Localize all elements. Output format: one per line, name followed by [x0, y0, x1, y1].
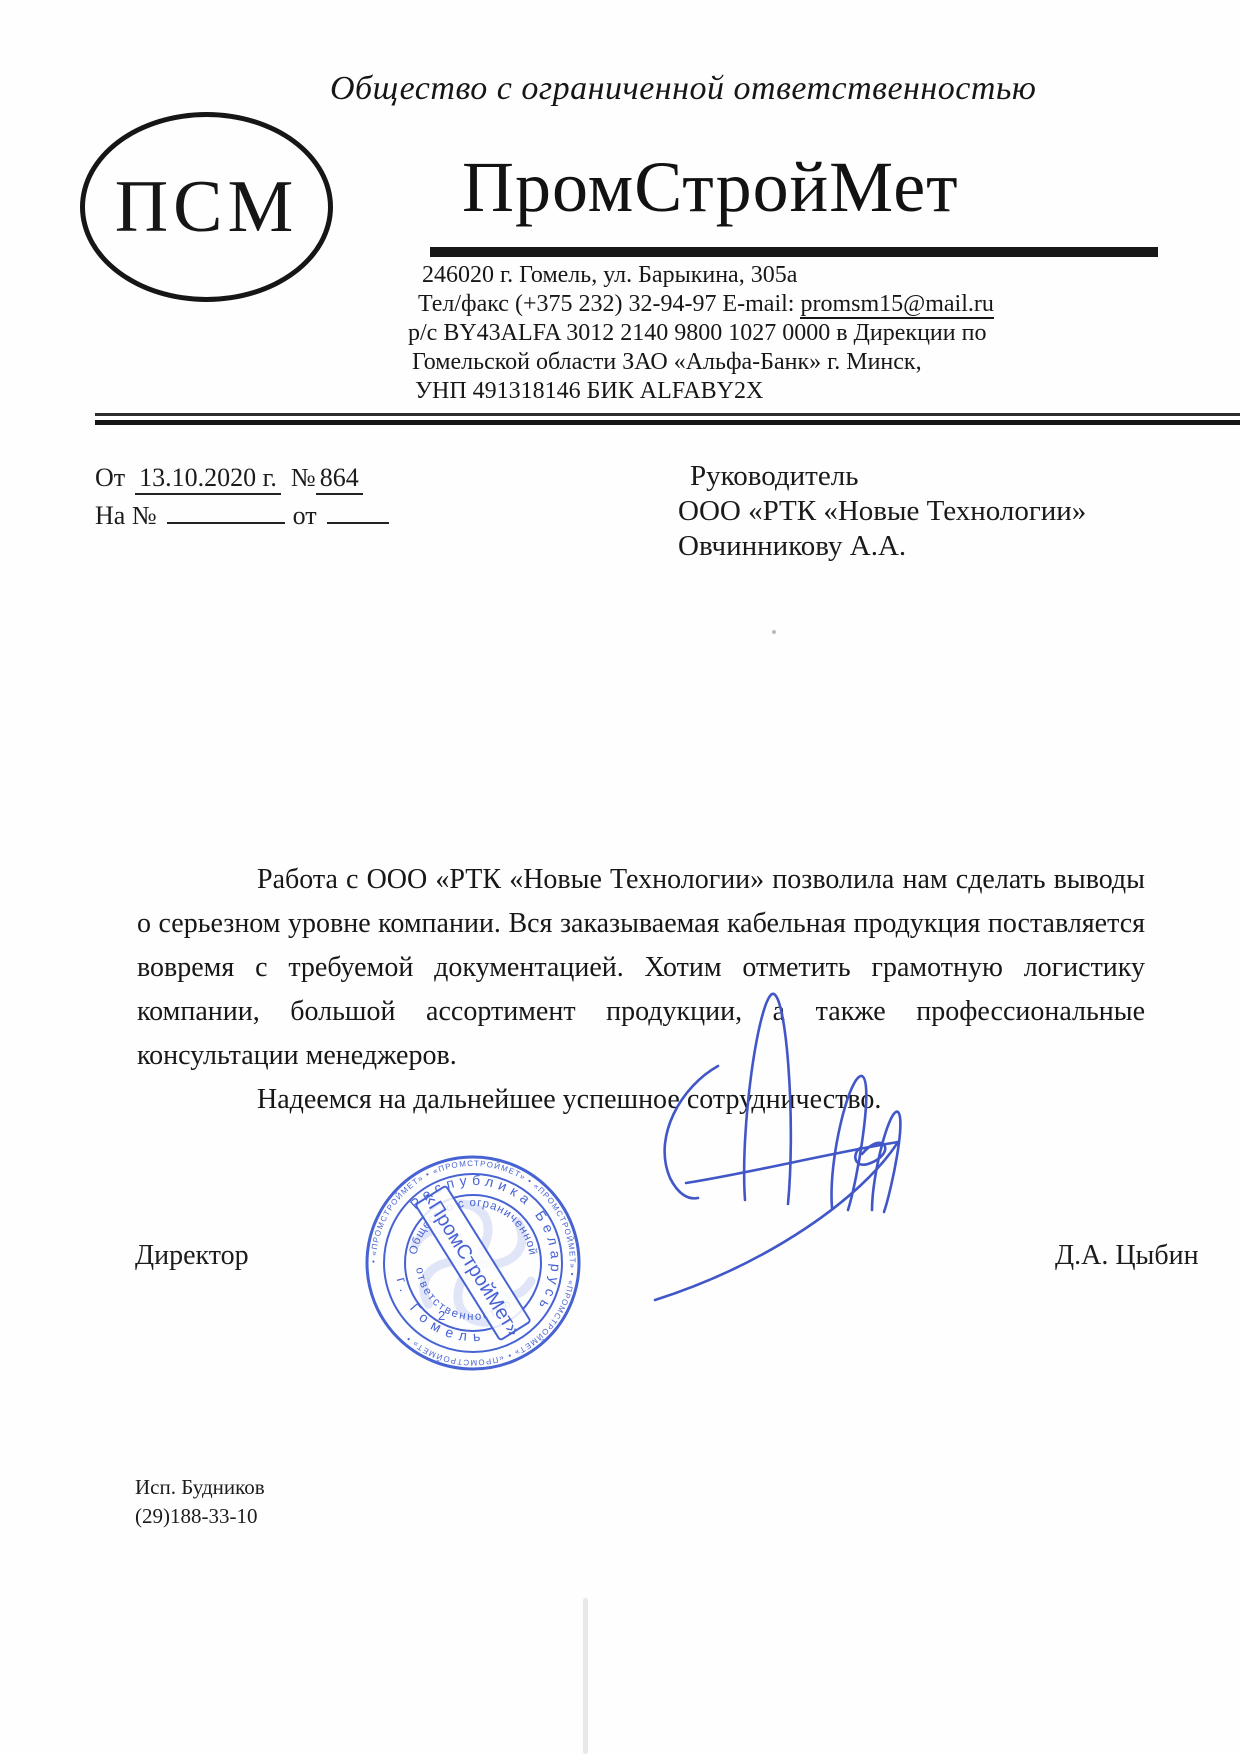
reply-from-label: от	[293, 501, 317, 530]
bank-account-line: р/с BY43ALFA 3012 2140 9800 1027 0000 в …	[408, 320, 986, 347]
scanned-letter-page: Общество с ограниченной ответственностью…	[0, 0, 1240, 1754]
stamp-center-number: 2	[438, 1308, 445, 1323]
title-underline-bar	[430, 247, 1158, 257]
recipient-company: ООО «РТК «Новые Технологии»	[678, 494, 1086, 529]
contact-line: Тел/факс (+375 232) 32-94-97 E-mail: pro…	[418, 291, 994, 318]
separator-rule	[95, 413, 1240, 425]
signature-stroke	[744, 994, 791, 1204]
recipient-position: Руководитель	[678, 459, 1086, 494]
number-sign: №	[291, 463, 316, 492]
reply-date-blank	[327, 500, 389, 524]
reply-number-blank	[167, 500, 285, 524]
executor-block: Исп. Будников (29)188-33-10	[135, 1473, 265, 1531]
scan-artifact	[583, 1598, 588, 1754]
company-logo-abbr: ПСМ	[115, 165, 299, 250]
phone-text: Тел/факс (+375 232) 32-94-97 E-mail:	[418, 291, 800, 317]
signature-stroke	[872, 1112, 900, 1212]
unp-bik-line: УНП 491318146 БИК ALFABY2X	[415, 378, 763, 405]
director-label: Директор	[135, 1240, 249, 1272]
signature-stroke	[832, 1076, 867, 1210]
from-label: От	[95, 463, 125, 492]
address-line: 246020 г. Гомель, ул. Барыкина, 305а	[422, 262, 797, 289]
letter-date: 13.10.2020 г.	[135, 463, 281, 495]
company-logo-oval: ПСМ	[80, 112, 333, 302]
recipient-block: Руководитель ООО «РТК «Новые Технологии»…	[678, 459, 1086, 564]
outgoing-reference-line: От13.10.2020 г.№864	[95, 463, 363, 493]
handwritten-signature	[600, 978, 920, 1318]
recipient-name: Овчинникову А.А.	[678, 529, 1086, 564]
email-text: promsm15@mail.ru	[800, 291, 993, 319]
reply-label: На №	[95, 501, 157, 530]
org-type-heading: Общество с ограниченной ответственностью	[330, 70, 1010, 108]
bank-name-line: Гомельской области ЗАО «Альфа-Банк» г. М…	[412, 349, 922, 376]
executor-name: Исп. Будников	[135, 1473, 265, 1502]
signer-name: Д.А. Цыбин	[1055, 1240, 1199, 1272]
company-name-title: ПромСтройМет	[462, 146, 959, 229]
scan-artifact	[772, 630, 776, 634]
executor-phone: (29)188-33-10	[135, 1502, 265, 1531]
incoming-reference-line: На №от	[95, 500, 389, 531]
letter-number: 864	[316, 463, 363, 495]
company-stamp: • «ПРОМСТРОЙМЕТ» • «ПРОМСТРОЙМЕТ» • «ПРО…	[360, 1150, 586, 1376]
